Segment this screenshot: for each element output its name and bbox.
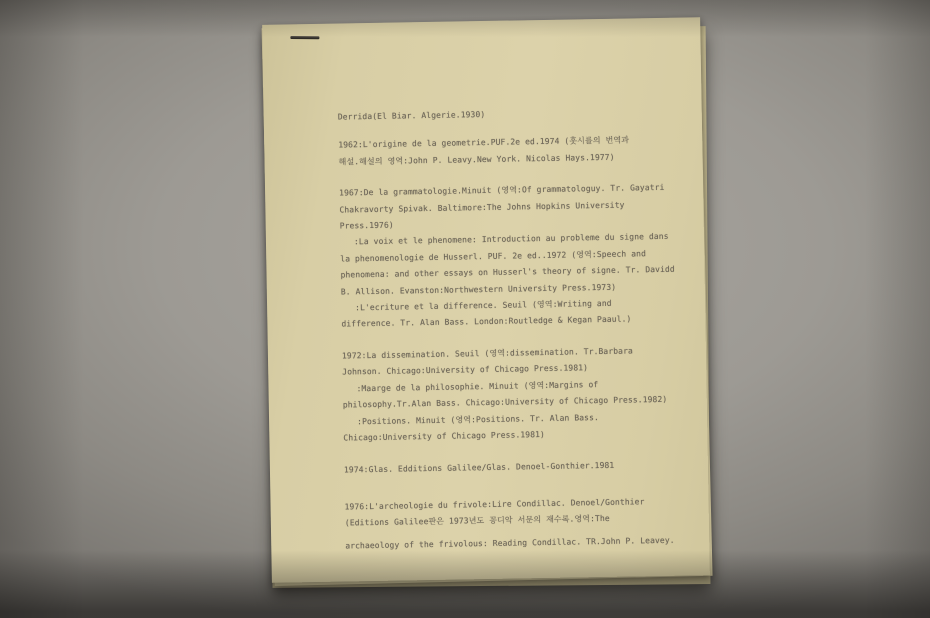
document-line: archaeology of the frivolous: Reading Co… xyxy=(345,532,685,554)
document-text: Derrida(El Biar. Algerie.1930)1962:L'ori… xyxy=(338,104,686,555)
document-page: Derrida(El Biar. Algerie.1930)1962:L'ori… xyxy=(262,17,710,583)
document-line: 1974:Glas. Edditions Galilee/Glas. Denoe… xyxy=(344,457,684,479)
photograph-backdrop: Derrida(El Biar. Algerie.1930)1962:L'ori… xyxy=(0,0,930,618)
staple xyxy=(290,36,319,39)
document-line: Derrida(El Biar. Algerie.1930) xyxy=(338,104,678,126)
